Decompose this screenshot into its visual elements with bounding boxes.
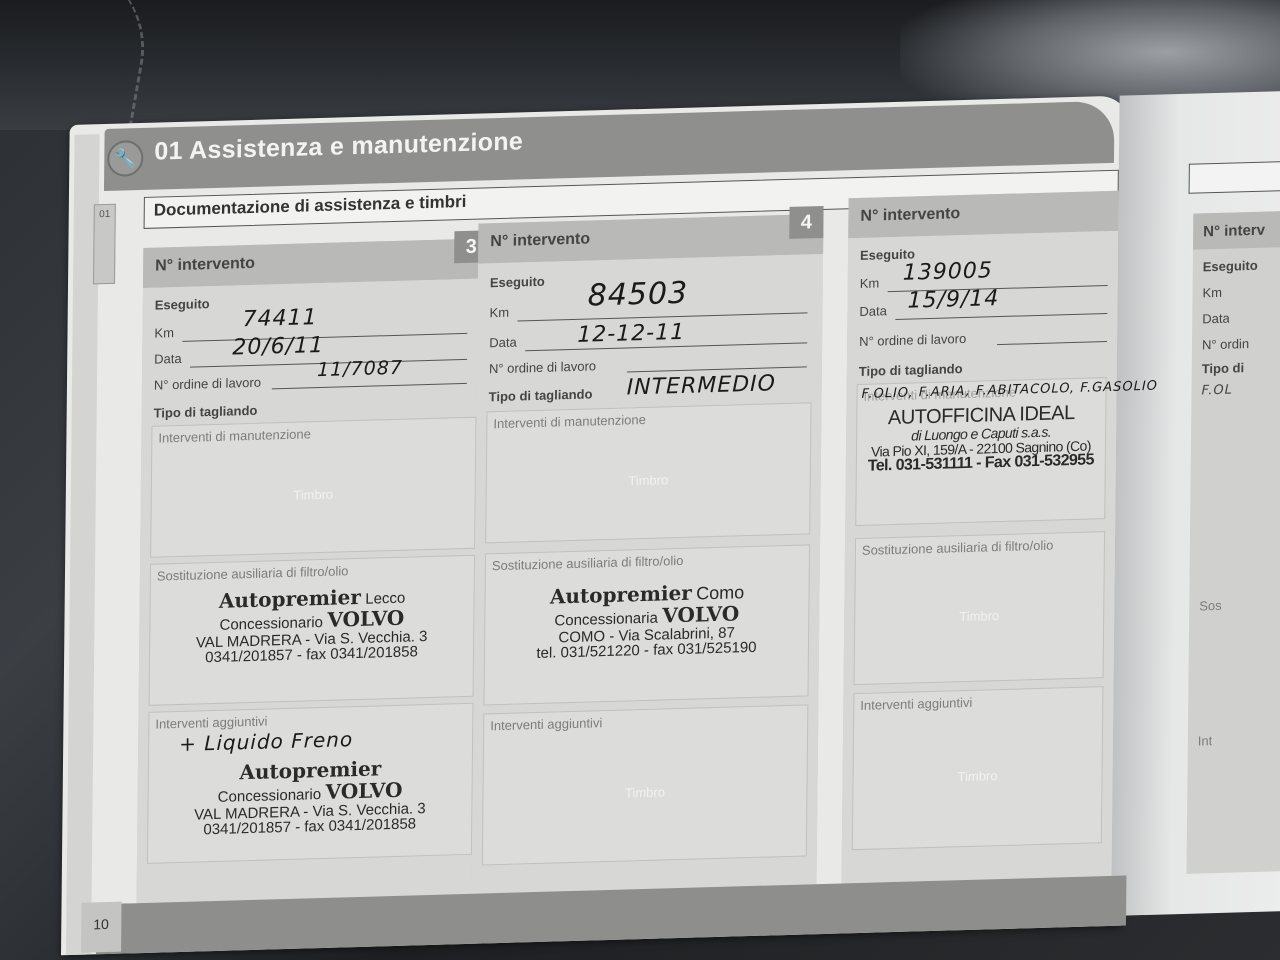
page-number: 10	[93, 916, 109, 932]
dealer-stamp: Autopremier Lecco Concessionario VOLVO V…	[150, 584, 474, 668]
aggiuntivi-box[interactable]: Interventi aggiuntivi Timbro	[852, 686, 1104, 850]
timbro-placeholder: Timbro	[487, 468, 810, 492]
aggiuntivi-box[interactable]: Interventi aggiuntivi Timbro	[482, 704, 809, 865]
aggiuntivi-note[interactable]: + Liquido Freno	[179, 727, 353, 756]
manutenzione-box[interactable]: Interventi di manutenzione Timbro	[150, 417, 476, 558]
ordine-label: N° ordin	[1202, 336, 1249, 352]
dealer-stamp: Autopremier Concessionario VOLVO VAL MAD…	[148, 756, 472, 840]
ordine-value[interactable]: 11/7087	[317, 357, 403, 381]
intervento-label: N° intervento	[860, 205, 960, 226]
aggiuntivi-label: Interventi aggiuntivi	[490, 715, 602, 733]
aggiuntivi-label: Interventi aggiuntivi	[860, 695, 972, 713]
timbro-placeholder: Timbro	[483, 780, 806, 804]
tipo-label: Tipo di tagliando	[154, 403, 258, 421]
km-value[interactable]: 139005	[903, 258, 993, 286]
eseguito-label: Eseguito	[155, 296, 210, 313]
service-card-4: N° intervento 4 Eseguito Km 84503 Data 1…	[471, 214, 823, 899]
sostituzione-box[interactable]: Sostituzione ausiliaria di filtro/olio A…	[149, 555, 475, 706]
ordine-line	[997, 341, 1107, 345]
sostituzione-label: Sos	[1199, 598, 1222, 614]
sostituzione-label: Sostituzione ausiliaria di filtro/olio	[157, 563, 349, 583]
data-label: Data	[859, 303, 887, 319]
card-body: Eseguito Km 84503 Data 12-12-11 N° ordin…	[471, 254, 823, 899]
manutenzione-note[interactable]: F.OL	[1201, 383, 1233, 399]
manutenzione-box[interactable]: Interventi di manutenzione F.OLIO, F.ARI…	[855, 377, 1106, 526]
manutenzione-box[interactable]: Interventi di manutenzione Timbro	[485, 402, 811, 543]
data-label: Data	[489, 335, 517, 351]
timbro-placeholder: Timbro	[853, 765, 1101, 787]
tipo-value[interactable]: INTERMEDIO	[627, 371, 776, 400]
intervento-label: N° interv	[1203, 222, 1265, 241]
next-page-title-frame	[1189, 160, 1280, 194]
service-card-3: N° intervento 3 Eseguito Km 74411 Data 2…	[136, 238, 488, 908]
ordine-label: N° ordine di lavoro	[489, 358, 596, 376]
tipo-label: Tipo di	[1202, 360, 1245, 376]
tipo-label: Tipo di tagliando	[489, 386, 593, 404]
sostituzione-label: Sostituzione ausiliaria di filtro/olio	[492, 553, 684, 573]
data-line	[895, 313, 1107, 320]
km-value[interactable]: 84503	[588, 276, 689, 314]
data-label: Data	[154, 351, 182, 367]
ordine-line	[272, 383, 467, 389]
ordine-label: N° ordine di lavoro	[859, 331, 966, 349]
ordine-label: N° ordine di lavoro	[154, 375, 261, 393]
km-label: Km	[489, 305, 509, 321]
sostituzione-label: Sostituzione ausiliaria di filtro/olio	[862, 538, 1054, 558]
km-label: Km	[1202, 285, 1222, 301]
ordine-line	[627, 366, 807, 372]
sostituzione-box[interactable]: Sostituzione ausiliaria di filtro/olio T…	[854, 531, 1106, 685]
sostituzione-box[interactable]: Sostituzione ausiliaria di filtro/olio A…	[483, 544, 810, 705]
service-booklet: 🔧 01 Assistenza e manutenzione 01 Docume…	[61, 63, 1200, 955]
eseguito-label: Eseguito	[1203, 258, 1258, 275]
dealer-stamp: Autopremier Como Concessionaria VOLVO CO…	[485, 579, 809, 663]
data-value[interactable]: 20/6/11	[232, 333, 324, 361]
next-page-service-card: N° interv Eseguito Km Data N° ordin Tipo…	[1186, 210, 1280, 874]
aggiuntivi-label: Int	[1198, 733, 1213, 748]
timbro-placeholder: Timbro	[855, 605, 1103, 627]
timbro-placeholder: Timbro	[152, 483, 475, 507]
km-value[interactable]: 74411	[242, 305, 317, 332]
data-label: Data	[1202, 311, 1230, 327]
card-number: 4	[789, 206, 823, 239]
aggiuntivi-label: Interventi aggiuntivi	[155, 714, 267, 732]
km-label: Km	[154, 325, 174, 341]
intervento-label: N° intervento	[490, 230, 590, 251]
data-value[interactable]: 15/9/14	[907, 286, 999, 314]
workshop-stamp: AUTOFFICINA IDEAL di Luongo e Caputi s.a…	[857, 402, 1106, 476]
service-card-5: N° intervento 5 Eseguito Km 139005 Data …	[841, 191, 1118, 889]
chapter-side-tab: 01	[93, 204, 116, 285]
km-label: Km	[860, 275, 880, 291]
card-body: Eseguito Km 74411 Data 20/6/11 N° ordine…	[136, 278, 487, 908]
tipo-label: Tipo di tagliando	[859, 361, 963, 379]
manutenzione-label: Interventi di manutenzione	[493, 412, 646, 431]
data-value[interactable]: 12-12-11	[577, 320, 685, 348]
eseguito-label: Eseguito	[490, 274, 545, 291]
manutenzione-label: Interventi di manutenzione	[158, 426, 311, 445]
aggiuntivi-box[interactable]: Interventi aggiuntivi + Liquido Freno Au…	[147, 703, 474, 864]
intervento-label: N° intervento	[155, 255, 255, 276]
card-body: Eseguito Km 139005 Data 15/9/14 N° ordin…	[841, 231, 1118, 889]
km-line	[182, 333, 467, 342]
